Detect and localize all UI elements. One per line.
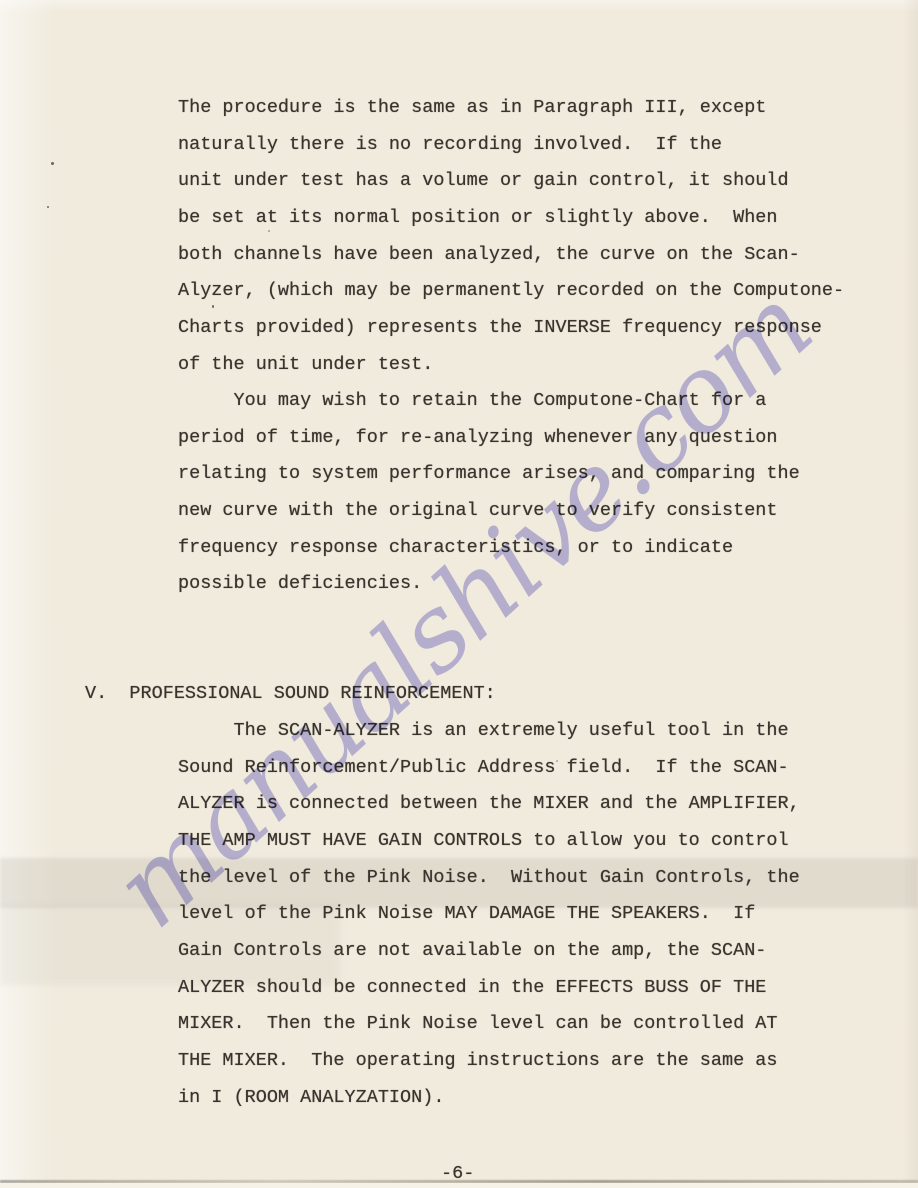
scan-speck — [51, 162, 54, 165]
scan-speck — [268, 230, 270, 232]
scanned-manual-page: The procedure is the same as in Paragrap… — [0, 0, 918, 1188]
paragraph-retain-chart: You may wish to retain the Computone-Cha… — [178, 383, 800, 603]
section-v-heading: V. PROFESSIONAL SOUND REINFORCEMENT: — [85, 676, 496, 713]
scan-speck — [212, 305, 214, 308]
page-bottom-edge — [0, 1183, 918, 1188]
paragraph-sound-reinforcement: The SCAN-ALYZER is an extremely useful t… — [178, 713, 800, 1116]
scan-speck — [47, 206, 49, 208]
scan-speck — [556, 760, 558, 762]
paragraph-test-procedure: The procedure is the same as in Paragrap… — [178, 90, 844, 383]
